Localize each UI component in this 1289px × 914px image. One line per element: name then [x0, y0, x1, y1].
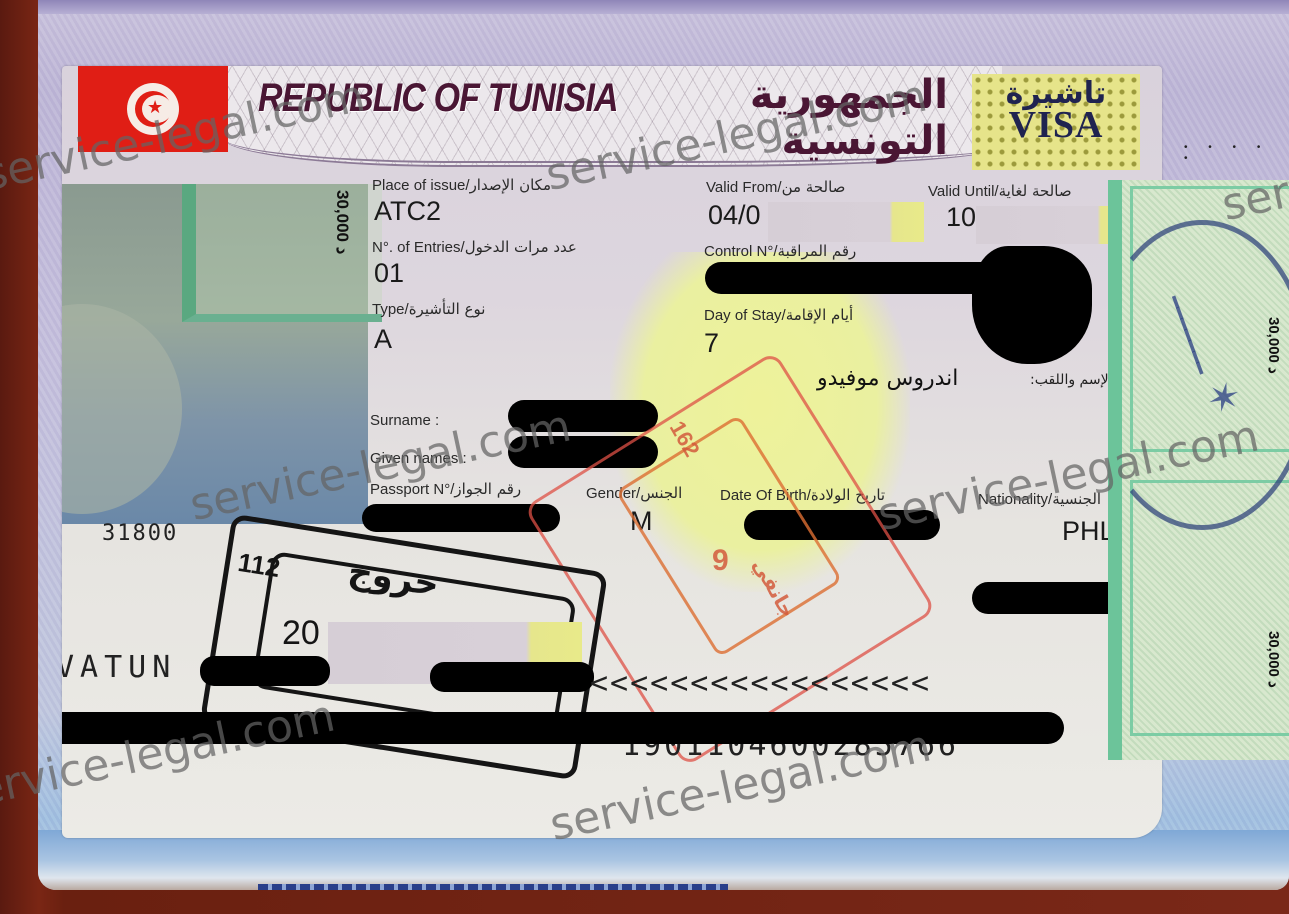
type-label: Type/نوع التأشيرة [372, 300, 485, 318]
exit-stamp-number: 112 [236, 547, 282, 584]
page-bottom-edge [38, 830, 1289, 890]
valid-from-label: Valid From/صالحة من [706, 178, 845, 196]
type-value: A [374, 324, 392, 355]
extra-field-redaction [972, 582, 1128, 614]
fiscal-stamp-2-value: 30,000 د [1265, 631, 1283, 688]
entry-stamp-day: 9 [712, 544, 729, 578]
days-of-stay-label: Day of Stay/أيام الإقامة [704, 306, 853, 324]
next-page-strip [258, 884, 728, 890]
place-of-issue-label: Place of issue/مكان الإصدار [372, 176, 551, 194]
name-arabic-value: اندروس موفيدو [817, 366, 958, 391]
fiscal-stamp-value: 30,000 د [332, 190, 352, 254]
photo-thumbnail-redaction [972, 246, 1092, 364]
exit-stamp-year: 20 [282, 614, 320, 653]
visa-label-box: تاشيرة VISA [972, 74, 1140, 170]
place-of-issue-value: ATC2 [374, 196, 441, 227]
fiscal-stamp-partial [182, 184, 382, 322]
perforation-dots: • • • • • [1184, 142, 1289, 164]
entries-value: 01 [374, 258, 404, 289]
nationality-value: PHL [1062, 516, 1115, 547]
mrz-line-1-prefix: VATUN [62, 650, 176, 685]
surname-label: Surname : [370, 412, 439, 429]
entries-label: N°. of Entries/عدد مرات الدخول [372, 238, 577, 256]
mrz-line-1-filler: <<<<<<<<<<<<<<<<< [590, 666, 931, 701]
mrz-line-1-redaction-b [430, 662, 594, 692]
days-of-stay-value: 7 [704, 328, 719, 359]
visa-label-english: VISA [972, 103, 1140, 147]
serial-number: 31800 [102, 521, 178, 546]
control-number-label: Control N°/رقم المراقبة [704, 242, 856, 260]
mrz-line-1-redaction-a [200, 656, 330, 686]
page-fold [38, 0, 1289, 14]
valid-from-redaction [768, 202, 924, 242]
valid-from-value: 04/0 [708, 200, 761, 231]
valid-until-value: 10 [946, 202, 976, 233]
valid-until-label: Valid Until/صالحة لغاية [928, 182, 1072, 200]
